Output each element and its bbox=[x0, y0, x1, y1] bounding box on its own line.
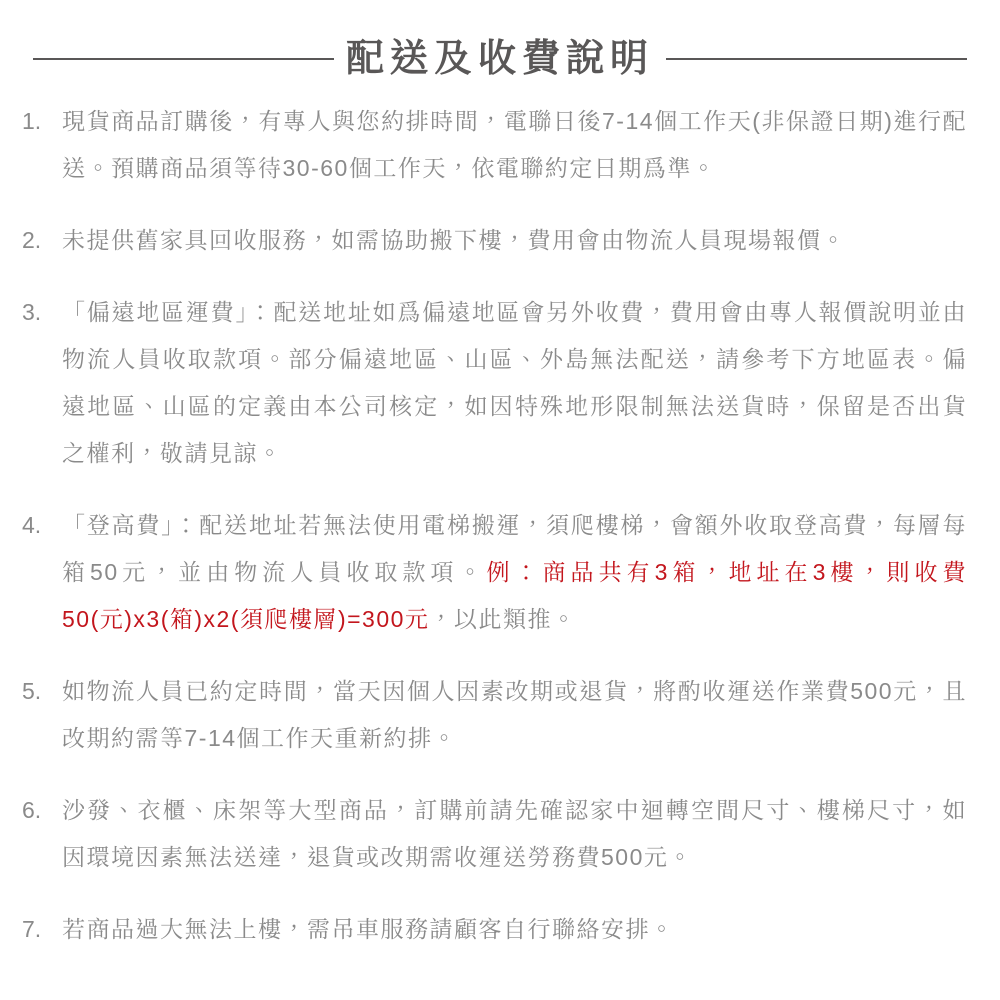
item-number: 5. bbox=[22, 668, 62, 715]
list-item: 6.沙發、衣櫃、床架等大型商品，訂購前請先確認家中迴轉空間尺寸、樓梯尺寸，如因環… bbox=[22, 787, 967, 881]
page-title: 配送及收費說明 bbox=[346, 37, 654, 81]
delivery-info-page: 配送及收費說明 1.現貨商品訂購後，有專人與您約排時間，電聯日後7-14個工作天… bbox=[0, 0, 1000, 1000]
item-number: 2. bbox=[22, 217, 62, 264]
title-rule-right bbox=[666, 58, 967, 60]
list-item: 5.如物流人員已約定時間，當天因個人因素改期或退貨，將酌收運送作業費500元，且… bbox=[22, 668, 967, 762]
title-rule-left bbox=[33, 58, 334, 60]
list-item: 2.未提供舊家具回收服務，如需協助搬下樓，費用會由物流人員現場報價。 bbox=[22, 217, 967, 264]
item-number: 4. bbox=[22, 502, 62, 549]
item-text: 「偏遠地區運費」：配送地址如爲偏遠地區會另外收費，費用會由專人報價說明並由物流人… bbox=[62, 289, 967, 477]
text-segment: ，以此類推。 bbox=[429, 606, 576, 632]
text-segment: 沙發、衣櫃、床架等大型商品，訂購前請先確認家中迴轉空間尺寸、樓梯尺寸，如因環境因… bbox=[62, 797, 967, 870]
text-segment: 如物流人員已約定時間，當天因個人因素改期或退貨，將酌收運送作業費500元，且改期… bbox=[62, 678, 967, 751]
text-segment: 若商品過大無法上樓，需吊車服務請顧客自行聯絡安排。 bbox=[62, 916, 675, 942]
item-text: 未提供舊家具回收服務，如需協助搬下樓，費用會由物流人員現場報價。 bbox=[62, 217, 967, 264]
list-item: 7.若商品過大無法上樓，需吊車服務請顧客自行聯絡安排。 bbox=[22, 906, 967, 953]
terms-list: 1.現貨商品訂購後，有專人與您約排時間，電聯日後7-14個工作天(非保證日期)進… bbox=[0, 98, 1000, 953]
item-text: 「登高費」：配送地址若無法使用電梯搬運，須爬樓梯，會額外收取登高費，每層每箱50… bbox=[62, 502, 967, 643]
item-number: 3. bbox=[22, 289, 62, 336]
item-number: 1. bbox=[22, 98, 62, 145]
title-row: 配送及收費說明 bbox=[33, 36, 967, 82]
item-number: 6. bbox=[22, 787, 62, 834]
text-segment: 「偏遠地區運費」：配送地址如爲偏遠地區會另外收費，費用會由專人報價說明並由物流人… bbox=[62, 299, 967, 466]
list-item: 3.「偏遠地區運費」：配送地址如爲偏遠地區會另外收費，費用會由專人報價說明並由物… bbox=[22, 289, 967, 477]
item-text: 若商品過大無法上樓，需吊車服務請顧客自行聯絡安排。 bbox=[62, 906, 967, 953]
item-text: 現貨商品訂購後，有專人與您約排時間，電聯日後7-14個工作天(非保證日期)進行配… bbox=[62, 98, 967, 192]
item-number: 7. bbox=[22, 906, 62, 953]
text-segment: 未提供舊家具回收服務，如需協助搬下樓，費用會由物流人員現場報價。 bbox=[62, 227, 846, 253]
item-text: 如物流人員已約定時間，當天因個人因素改期或退貨，將酌收運送作業費500元，且改期… bbox=[62, 668, 967, 762]
list-item: 1.現貨商品訂購後，有專人與您約排時間，電聯日後7-14個工作天(非保證日期)進… bbox=[22, 98, 967, 192]
text-segment: 現貨商品訂購後，有專人與您約排時間，電聯日後7-14個工作天(非保證日期)進行配… bbox=[62, 108, 967, 181]
list-item: 4.「登高費」：配送地址若無法使用電梯搬運，須爬樓梯，會額外收取登高費，每層每箱… bbox=[22, 502, 967, 643]
item-text: 沙發、衣櫃、床架等大型商品，訂購前請先確認家中迴轉空間尺寸、樓梯尺寸，如因環境因… bbox=[62, 787, 967, 881]
